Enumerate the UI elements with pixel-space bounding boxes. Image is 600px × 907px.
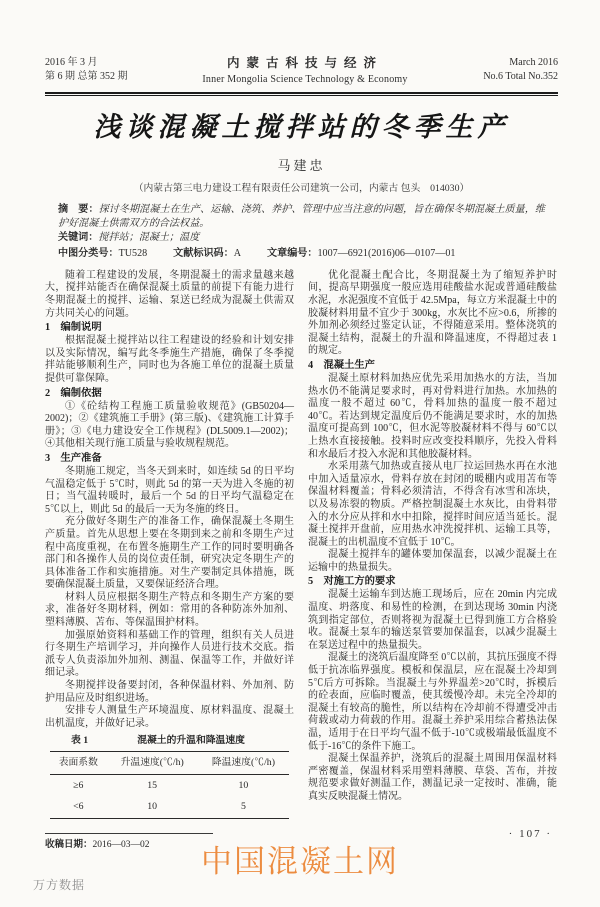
keywords-line: 关键词：搅拌站；混凝土；温度 (58, 231, 545, 245)
page-number: · 107 · (509, 828, 552, 840)
paragraph: 优化混凝土配合比，冬期混凝土为了缩短养护时间，提高早期强度一般应选用硅酸盐水泥或… (308, 270, 557, 358)
header-divider-rule (45, 92, 558, 96)
keywords-label: 关键词： (58, 232, 98, 243)
table-cell: 5 (198, 796, 289, 818)
section-heading: 5 对施工方的要求 (308, 575, 557, 588)
paragraph: 混凝土原材料加热应优先采用加热水的方法，当加热水仍不能满足要求时，再对骨料进行加… (308, 373, 557, 461)
paragraph: 混凝土运输车到达施工现场后，应在 20min 内完成温度、坍落度、和易性的检测，… (308, 589, 557, 652)
paragraph: 安排专人测量生产环境温度、原材料温度、混凝土出机温度，并做好记录。 (45, 705, 294, 730)
paragraph: ①《砼结构工程施工质量验收规范》(GB50204—2002)；②《建筑施工手册》… (45, 401, 294, 451)
clc-label: 中图分类号： (58, 248, 119, 259)
paragraph: 冬期搅拌设备要封闭，各种保温材料、外加剂、防护用品应及时组织进场。 (45, 680, 294, 705)
table-cell: 10 (107, 796, 198, 818)
abstract-text: 探讨冬期混凝土在生产、运输、浇筑、养护、管理中应当注意的问题，旨在确保冬期混凝土… (58, 204, 545, 229)
header-issue-en: March 2016 No.6 Total No.352 (440, 56, 558, 84)
abstract-label: 摘 要： (58, 204, 99, 215)
doc-code-label: 文献标识码： (173, 248, 234, 259)
table-cell: 15 (107, 774, 198, 796)
received-date-value: 2016—03—02 (93, 840, 150, 850)
table-row: <6105 (50, 796, 289, 818)
doc-code-value: A (234, 248, 241, 259)
header-issue-number-cn: 第 6 期 总第 352 期 (45, 70, 170, 84)
column-right-text: 优化混凝土配合比，冬期混凝土为了缩短养护时间，提高早期强度一般应选用硅酸盐水泥或… (308, 270, 557, 804)
article-id-value: 1007—6921(2016)06—0107—01 (318, 248, 456, 259)
table-cell: 10 (198, 774, 289, 796)
wanfang-data-mark: 万方数据 (33, 876, 85, 893)
table-header-heating-rate: 升温速度(℃/h) (107, 752, 198, 775)
column-left: 随着工程建设的发展，冬期混凝土的需求量越来越大，搅拌站能否在确保混凝土质量的前提… (45, 270, 294, 852)
header-issue-cn: 2016 年 3 月 第 6 期 总第 352 期 (45, 56, 170, 84)
paragraph: 冬期施工规定，当冬天到来时，如连续 5d 的日平均气温稳定低于 5℃时，则此 5… (45, 466, 294, 516)
journal-header: 2016 年 3 月 第 6 期 总第 352 期 内蒙古科技与经济 Inner… (45, 56, 558, 87)
table-header-cooling-rate: 降温速度(℃/h) (198, 752, 289, 775)
page-content: 2016 年 3 月 第 6 期 总第 352 期 内蒙古科技与经济 Inner… (45, 56, 558, 851)
paragraph: 随着工程建设的发展，冬期混凝土的需求量越来越大，搅拌站能否在确保混凝土质量的前提… (45, 270, 294, 320)
column-left-text: 随着工程建设的发展，冬期混凝土的需求量越来越大，搅拌站能否在确保混凝土质量的前提… (45, 270, 294, 731)
table-caption: 表 1 混凝土的升温和降温速度 (45, 735, 294, 748)
table-cell: <6 (50, 796, 107, 818)
section-heading: 3 生产准备 (45, 452, 294, 465)
section-heading: 4 混凝土生产 (308, 359, 557, 372)
temperature-rate-table: 表面系数 升温速度(℃/h) 降温速度(℃/h) ≥61510<6105 (50, 751, 289, 819)
article-id-label: 文章编号： (267, 248, 317, 259)
article-title: 浅谈混凝土搅拌站的冬季生产 (45, 112, 558, 144)
paragraph: 充分做好冬期生产的准备工作，确保混凝土冬期生产质量。首先从思想上要在冬期到来之前… (45, 516, 294, 592)
paragraph: 混凝土保温养护，浇筑后的混凝土周围用保温材料严密覆盖，保温材料采用塑料薄膜、草袋… (308, 753, 557, 803)
column-right: 优化混凝土配合比，冬期混凝土为了缩短养护时间，提高早期强度一般应选用硅酸盐水泥或… (308, 270, 557, 852)
article-meta-line: 中图分类号：TU528文献标识码：A文章编号：1007—6921(2016)06… (58, 247, 545, 261)
table-1-block: 表 1 混凝土的升温和降温速度 表面系数 升温速度(℃/h) 降温速度(℃/h)… (45, 735, 294, 818)
keywords-text: 搅拌站；混凝土；温度 (98, 232, 199, 243)
paragraph: 加强原始资料和基础工作的管理，组织有关人员进行冬期生产培训学习，并向操作人员进行… (45, 630, 294, 680)
table-cell: ≥6 (50, 774, 107, 796)
concrete-site-watermark: 中国混凝土网 (201, 836, 399, 881)
paragraph: 根据混凝土搅拌站以往工程建设的经验和计划安排以及实际情况，编写此冬季施生产措施，… (45, 335, 294, 385)
paragraph: 水采用蒸气加热或直接从电厂拉运回热水再在水池中加入适量凉水，骨料存放在封闭的暖棚… (308, 461, 557, 549)
body-columns: 随着工程建设的发展，冬期混凝土的需求量越来越大，搅拌站能否在确保混凝土质量的前提… (45, 270, 558, 852)
section-heading: 1 编制说明 (45, 321, 294, 334)
table-row: ≥61510 (50, 774, 289, 796)
journal-name-cn: 内蒙古科技与经济 (170, 56, 440, 70)
journal-name-en: Inner Mongolia Science Technology & Econ… (170, 73, 440, 87)
header-issue-number-en: No.6 Total No.352 (440, 70, 558, 84)
table-header-row: 表面系数 升温速度(℃/h) 降温速度(℃/h) (50, 752, 289, 775)
paragraph: 材料人员应根据冬期生产特点和冬期生产方案的要求，准备好冬期材料，例如：常用的各种… (45, 592, 294, 630)
author-affiliation: （内蒙古第三电力建设工程有限责任公司建筑一公司，内蒙古 包头 014030） (45, 180, 558, 194)
header-date-en: March 2016 (440, 56, 558, 70)
header-date-cn: 2016 年 3 月 (45, 56, 170, 70)
received-date-label: 收稿日期： (45, 840, 93, 850)
journal-name-block: 内蒙古科技与经济 Inner Mongolia Science Technolo… (170, 56, 440, 87)
table-title: 混凝土的升温和降温速度 (88, 735, 294, 748)
footnote-divider (45, 833, 213, 834)
abstract-block: 摘 要：探讨冬期混凝土在生产、运输、浇筑、养护、管理中应当注意的问题，旨在确保冬… (58, 203, 545, 261)
section-heading: 2 编制依据 (45, 387, 294, 400)
article-author: 马建忠 (45, 155, 558, 174)
paragraph: 混凝土搅拌车的罐体要加保温套，以减少混凝土在运输中的热量损失。 (308, 549, 557, 574)
table-header-surface-coefficient: 表面系数 (50, 752, 107, 775)
clc-value: TU528 (119, 248, 148, 259)
paragraph: 混凝土的浇筑后温度降至 0℃以前，其抗压强度不得低于抗冻临界强度。模板和保温层，… (308, 652, 557, 753)
table-label: 表 1 (71, 735, 88, 748)
abstract-line: 摘 要：探讨冬期混凝土在生产、运输、浇筑、养护、管理中应当注意的问题，旨在确保冬… (58, 203, 545, 231)
journal-page-scan: 2016 年 3 月 第 6 期 总第 352 期 内蒙古科技与经济 Inner… (0, 0, 600, 907)
